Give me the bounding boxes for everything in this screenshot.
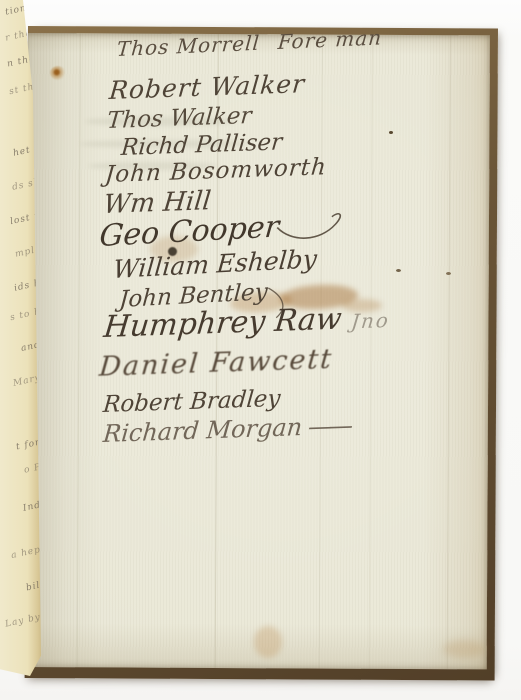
handwriting-fragment: bil — [26, 581, 42, 594]
chain-line — [447, 35, 451, 669]
ink-speck — [446, 272, 451, 275]
chain-line — [77, 33, 81, 667]
handwriting-fragment: a hep — [10, 545, 42, 561]
signature-thos-walker: Thos Walker — [106, 103, 253, 134]
photograph-background: tion fo r the s n they st the het a ds s… — [0, 0, 521, 700]
signature-suffix: —— — [307, 411, 351, 441]
signature-suffix: Fore man — [277, 25, 383, 54]
handwriting-fragment: tion fo — [4, 0, 42, 17]
signature-name: Thos Walker — [106, 103, 253, 134]
handwriting-fragment: t for — [16, 438, 42, 453]
ink-speck — [396, 269, 401, 272]
chain-line — [369, 35, 373, 669]
ink-speck — [389, 131, 393, 134]
signature-flourish — [274, 210, 349, 244]
handwriting-fragment: Lay by — [4, 612, 41, 629]
signature-suffix: Jno — [350, 309, 391, 333]
